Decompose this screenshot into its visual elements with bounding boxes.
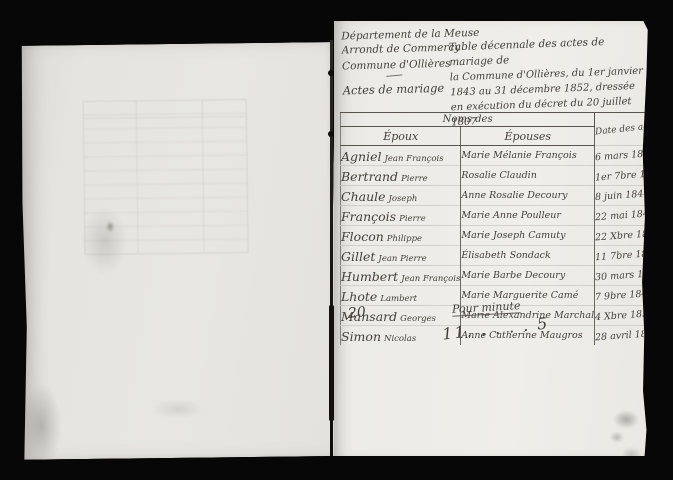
paper-stain <box>142 395 212 422</box>
cell-epoux: LhoteLambert <box>341 286 461 306</box>
commune-line: Commune d'Ollières <box>342 57 454 74</box>
epoux-surname: Lhote <box>341 289 377 304</box>
cell-epoux: FrançoisPierre <box>341 206 461 226</box>
paper-stain <box>594 391 646 475</box>
cell-epouse: Anne Rosalie Decoury <box>461 186 595 206</box>
epoux-surname: Flocon <box>341 229 384 244</box>
paper-stain <box>104 219 116 235</box>
epoux-firstname: Nicolas <box>384 334 416 344</box>
epoux-surname: Bertrand <box>341 169 398 184</box>
ghost-line <box>202 101 205 253</box>
epoux-firstname: Pierre <box>399 214 426 224</box>
cell-date: 4 Xbre 1851. <box>595 306 668 326</box>
epoux-firstname: Joseph <box>389 194 418 204</box>
cell-epoux: HumbertJean François <box>341 266 461 286</box>
epoux-surname: Gillet <box>341 249 375 264</box>
epoux-firstname: Lambert <box>380 294 417 304</box>
table-row: FrançoisPierre Marie Anne Poulleur 22 ma… <box>341 206 668 226</box>
table-group-header: Noms des <box>341 113 595 127</box>
cell-date: 22 mai 1845. <box>595 206 668 226</box>
epoux-firstname: Jean Pierre <box>378 254 426 264</box>
cell-date: 28 avril 1846. <box>595 326 668 346</box>
cell-date: 1er 7bre 1846. <box>595 166 668 186</box>
cell-date: 22 Xbre 1846. <box>595 226 668 246</box>
cell-date: 30 mars 1852 <box>595 266 668 286</box>
table-row: FloconPhilippe Marie Joseph Camuty 22 Xb… <box>341 226 668 246</box>
epoux-firstname: Philippe <box>387 234 422 244</box>
column-header-epouses: Épouses <box>461 127 595 146</box>
epoux-firstname: Georges <box>400 314 436 324</box>
arrondissement-line: Arrondt de Commercy <box>341 41 453 58</box>
table-group-header-row: Noms des Date des actes <box>341 113 668 127</box>
table-row: AgnielJean François Marie Mélanie Franço… <box>341 146 668 166</box>
acte-type-line: Actes de mariage <box>343 81 455 98</box>
column-header-date: Date des actes <box>595 113 668 146</box>
cell-date: 11 7bre 1849 <box>595 246 668 266</box>
table-row: GilletJean Pierre Élisabeth Sondack 11 7… <box>341 246 668 266</box>
epoux-firstname: Jean François <box>384 154 443 164</box>
cell-epouse: Marie Anne Poulleur <box>461 206 595 226</box>
header-left-block: Département de la Meuse Arrondt de Comme… <box>341 27 455 98</box>
cell-epoux: ChauleJoseph <box>341 186 461 206</box>
paper-stain <box>72 192 137 289</box>
ghost-line <box>136 101 139 253</box>
spine-stitch <box>328 70 334 76</box>
epoux-surname: Chaule <box>341 189 386 204</box>
cell-epouse: Marie Barbe Decoury <box>461 266 595 286</box>
table-row: BertrandPierre Rosalie Claudin 1er 7bre … <box>341 166 668 186</box>
register-scan: Département de la Meuse Arrondt de Comme… <box>0 0 673 480</box>
cell-epouse: Rosalie Claudin <box>461 166 595 186</box>
spine-stitch <box>328 131 334 137</box>
book-spine-shadow <box>329 305 334 421</box>
cell-epoux: AgnielJean François <box>341 146 461 166</box>
cell-date: 6 mars 1843. <box>595 146 668 166</box>
epoux-surname: Agniel <box>341 149 381 164</box>
right-register-page: Département de la Meuse Arrondt de Comme… <box>334 21 649 456</box>
table-row: HumbertJean François Marie Barbe Decoury… <box>341 266 668 286</box>
epoux-surname: Simon <box>341 329 381 344</box>
margin-count-note: 20 <box>347 304 366 322</box>
cell-epouse: Marie Joseph Camuty <box>461 226 595 246</box>
cell-epoux: BertrandPierre <box>341 166 461 186</box>
epoux-surname: François <box>341 209 396 224</box>
cell-epoux: FloconPhilippe <box>341 226 461 246</box>
epoux-firstname: Pierre <box>401 174 428 184</box>
cell-epoux: GilletJean Pierre <box>341 246 461 266</box>
epoux-surname: Humbert <box>341 269 398 284</box>
flourish-dash <box>386 74 402 77</box>
paper-stain <box>14 367 69 480</box>
cell-epouse: Marie Mélanie François <box>461 146 595 166</box>
epoux-firstname: Jean François <box>401 274 460 284</box>
cell-date: 7 9bre 1849 <box>595 286 668 306</box>
table-row: ChauleJoseph Anne Rosalie Decoury 8 juin… <box>341 186 668 206</box>
cell-epouse: Élisabeth Sondack <box>461 246 595 266</box>
ghost-line <box>84 116 246 119</box>
left-blank-page <box>18 42 337 460</box>
column-header-epoux: Époux <box>341 127 461 146</box>
cell-date: 8 juin 1844. <box>595 186 668 206</box>
